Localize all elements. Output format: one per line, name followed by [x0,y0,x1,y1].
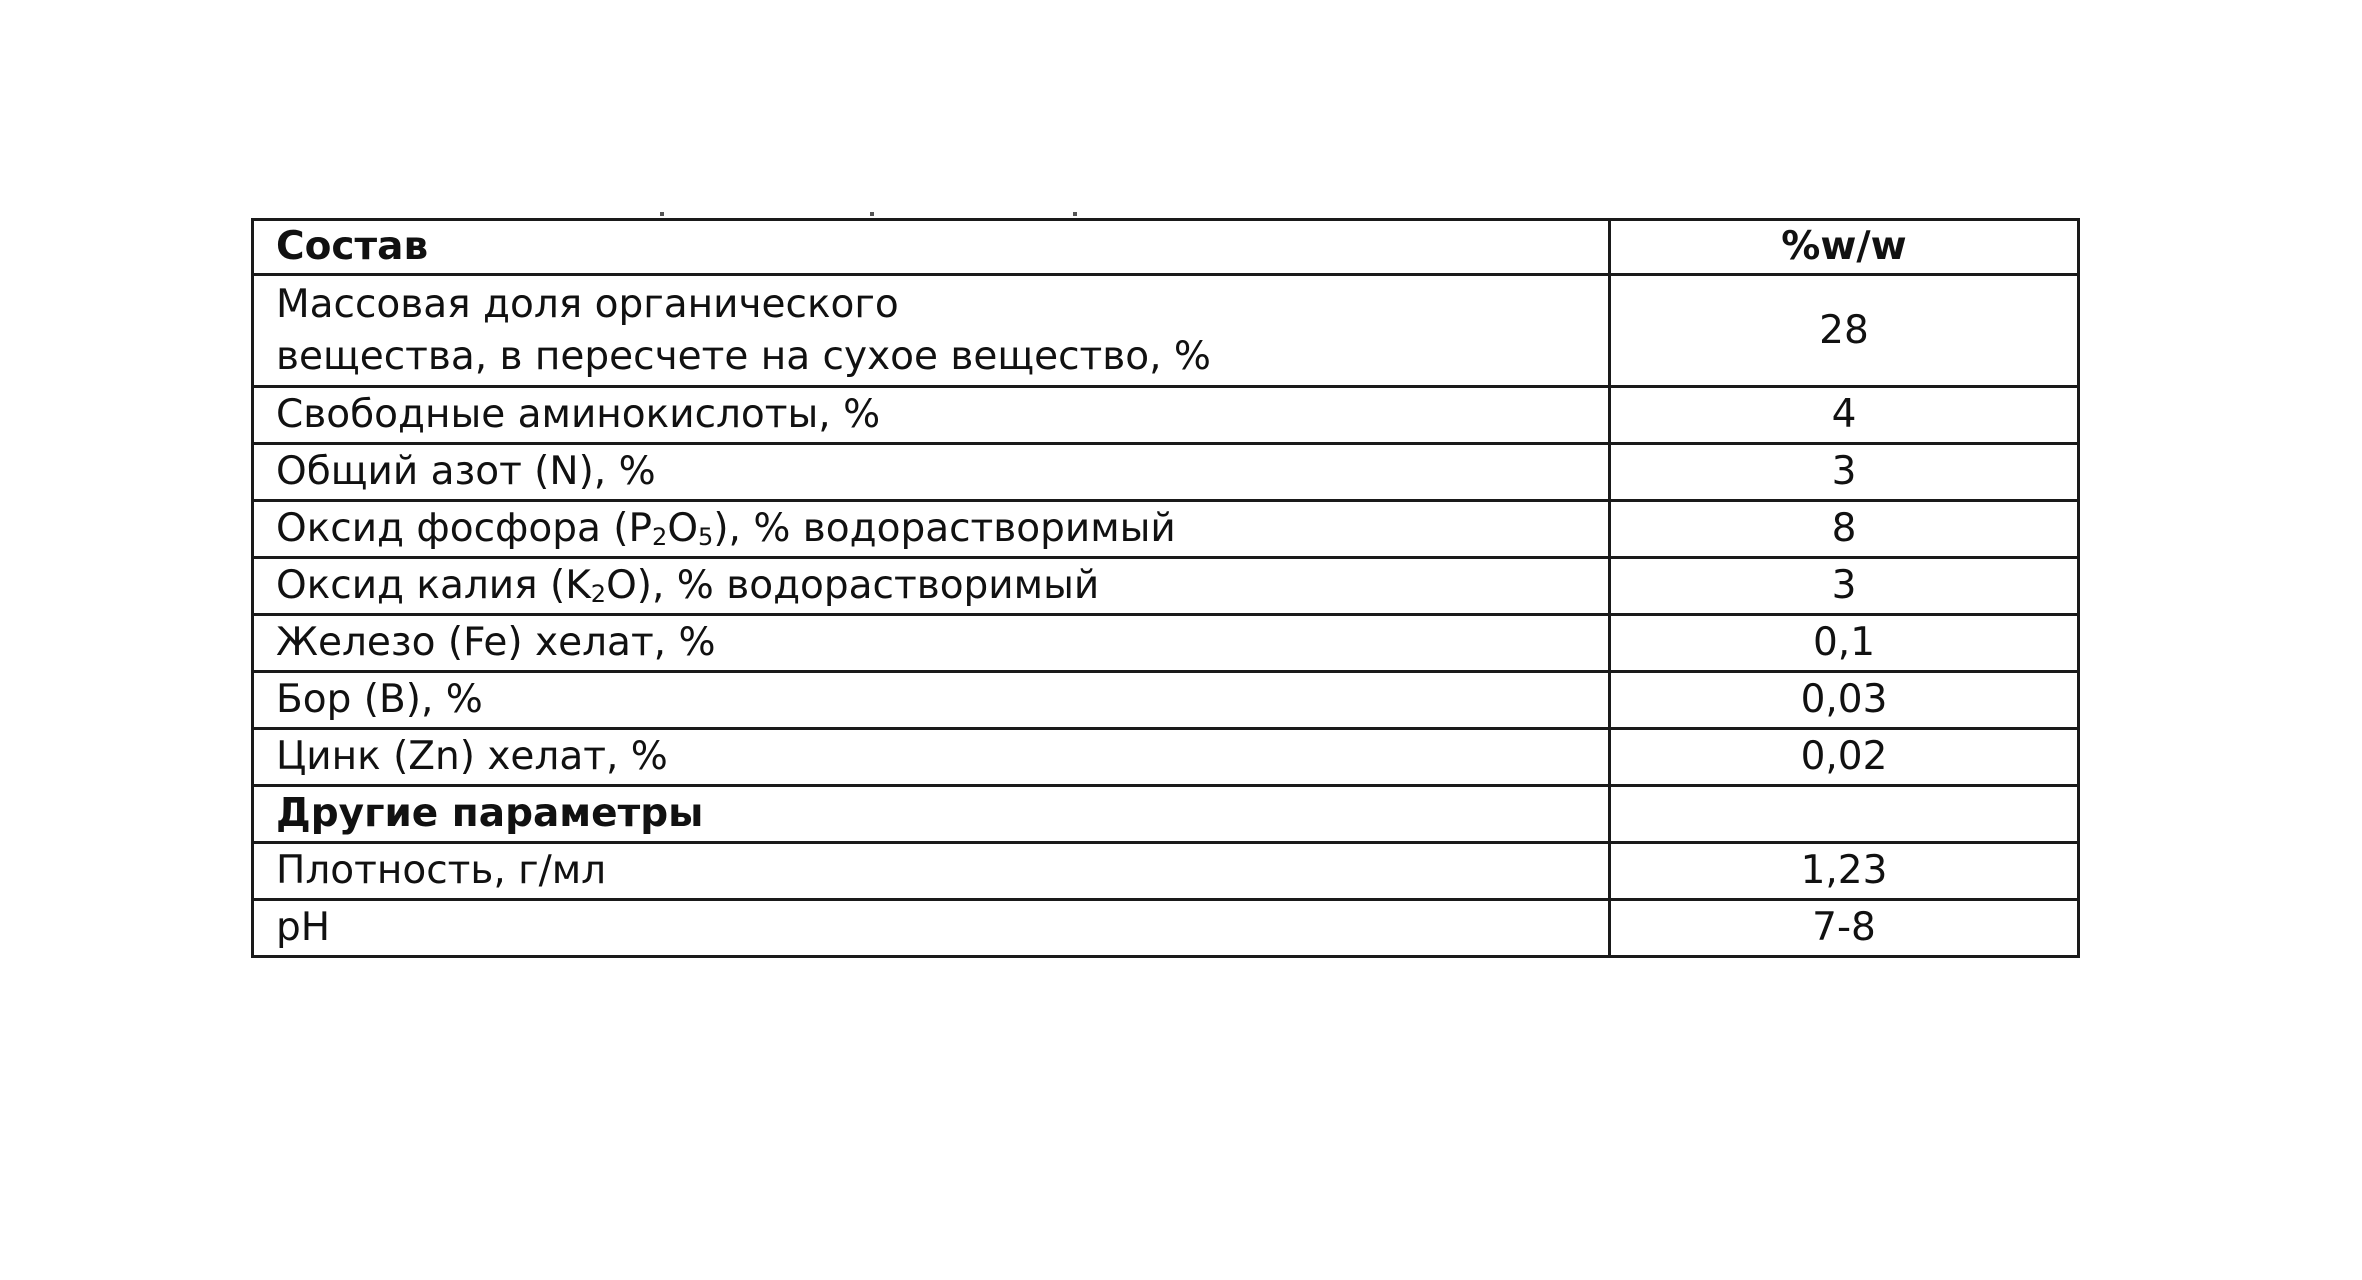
composition-table: Состав %w/w Массовая доля органическогов… [251,218,2080,958]
header-unit: %w/w [1610,220,2079,275]
subscript: 2 [652,523,667,551]
row-value: 3 [1610,558,2079,615]
subscript: 2 [591,580,606,608]
table-row: Оксид фосфора (P2O5), % водорастворимый … [253,501,2079,558]
table-row: Массовая доля органическоговещества, в п… [253,275,2079,387]
row-label-line-2: вещества, в пересчете на сухое вещество,… [276,334,1211,379]
table-row: pH 7-8 [253,900,2079,957]
row-label: Оксид фосфора (P2O5), % водорастворимый [253,501,1610,558]
table-row: Свободные аминокислоты, % 4 [253,387,2079,444]
table-row: Плотность, г/мл 1,23 [253,843,2079,900]
border-artifact [870,212,874,216]
table-row: Общий азот (N), % 3 [253,444,2079,501]
row-value: 28 [1610,275,2079,387]
table-row: Цинк (Zn) хелат, % 0,02 [253,729,2079,786]
border-artifact [660,212,664,216]
row-label: Оксид калия (K2O), % водорастворимый [253,558,1610,615]
row-value: 0,02 [1610,729,2079,786]
table-row: Бор (B), % 0,03 [253,672,2079,729]
row-value: 7-8 [1610,900,2079,957]
table-header-row: Состав %w/w [253,220,2079,275]
row-value: 8 [1610,501,2079,558]
row-label: pH [253,900,1610,957]
border-artifact [1073,212,1077,216]
row-label: Массовая доля органическоговещества, в п… [253,275,1610,387]
label-part: O [667,506,698,551]
subscript: 5 [698,523,713,551]
label-part: O), % водорастворимый [606,563,1099,608]
label-part: Оксид фосфора (P [276,506,652,551]
row-value: 0,03 [1610,672,2079,729]
row-label: Свободные аминокислоты, % [253,387,1610,444]
row-value: 4 [1610,387,2079,444]
row-label: Железо (Fe) хелат, % [253,615,1610,672]
row-value: 0,1 [1610,615,2079,672]
row-value: 3 [1610,444,2079,501]
row-label-line-1: Массовая доля органического [276,282,899,327]
row-value: 1,23 [1610,843,2079,900]
row-label: Цинк (Zn) хелат, % [253,729,1610,786]
table-row: Оксид калия (K2O), % водорастворимый 3 [253,558,2079,615]
label-part: ), % водорастворимый [713,506,1175,551]
header-composition: Состав [253,220,1610,275]
table-row: Железо (Fe) хелат, % 0,1 [253,615,2079,672]
label-part: Оксид калия (K [276,563,591,608]
section-other-label: Другие параметры [253,786,1610,843]
section-header-row: Другие параметры [253,786,2079,843]
row-label: Плотность, г/мл [253,843,1610,900]
section-other-value [1610,786,2079,843]
row-label: Общий азот (N), % [253,444,1610,501]
row-label: Бор (B), % [253,672,1610,729]
